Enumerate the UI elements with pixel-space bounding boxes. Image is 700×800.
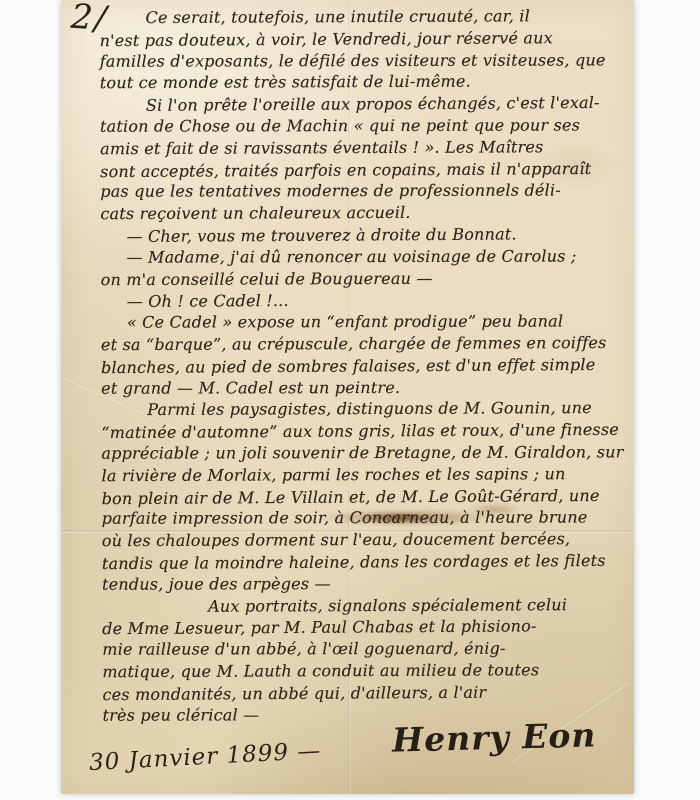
letter-line: n'est pas douteux, à voir, le Vendredi, … bbox=[100, 27, 624, 52]
letter-line: Aux portraits, signalons spécialement ce… bbox=[102, 593, 626, 617]
letter-line: amis et fait de si ravissants éventails … bbox=[100, 136, 624, 160]
letter-line: — Madame, j'ai dû renoncer au voisinage … bbox=[100, 245, 624, 268]
letter-line: matique, que M. Lauth a conduit au milie… bbox=[102, 659, 626, 683]
letter-line: la rivière de Morlaix, parmi les roches … bbox=[101, 463, 625, 487]
letter-line: de Mme Lesueur, par M. Paul Chabas et la… bbox=[102, 615, 626, 640]
letter-line: et grand — M. Cadel est un peintre. bbox=[101, 376, 625, 399]
letter-line: tandis que la moindre haleine, dans les … bbox=[102, 550, 626, 575]
letter-line: et sa “barque”, au crépuscule, chargée d… bbox=[101, 332, 625, 356]
letter-line: où les chaloupes dorment sur l'eau, douc… bbox=[102, 528, 626, 552]
scanned-letter: 2/ Ce serait, toutefois, une inutile cru… bbox=[0, 0, 700, 800]
letter-line: mie railleuse d'un abbé, à l'œil goguena… bbox=[102, 637, 626, 660]
letter-line: appréciable ; un joli souvenir de Bretag… bbox=[101, 441, 625, 464]
letter-line: Parmi les paysagistes, distinguons de M.… bbox=[101, 397, 625, 421]
letter-line: cats reçoivent un chaleureux accueil. bbox=[100, 201, 624, 225]
letter-line: — Cher, vous me trouverez à droite du Bo… bbox=[100, 223, 624, 248]
letter-line: « Ce Cadel » expose un “enfant prodigue”… bbox=[101, 310, 625, 333]
letter-page: 2/ Ce serait, toutefois, une inutile cru… bbox=[61, 0, 634, 794]
letter-line: tout ce monde est très satisfait de lui-… bbox=[100, 70, 624, 94]
date-line: 30 Janvier 1899 — bbox=[88, 738, 321, 776]
letter-line: pas que les tentatives modernes de profe… bbox=[100, 180, 624, 203]
letter-line: on m'a conseillé celui de Bouguereau — bbox=[101, 266, 625, 290]
letter-line: ces mondanités, un abbé qui, d'ailleurs,… bbox=[102, 680, 626, 705]
letter-line: tation de Chose ou de Machin « qui ne pe… bbox=[100, 114, 624, 137]
letter-line: “matinée d'automne” aux tons gris, lilas… bbox=[101, 419, 625, 444]
letter-body: Ce serait, toutefois, une inutile cruaut… bbox=[99, 5, 626, 727]
letter-line: blanches, au pied de sombres falaises, e… bbox=[101, 353, 625, 378]
signature: Henry Eon bbox=[391, 715, 596, 759]
letter-line: Ce serait, toutefois, une inutile cruaut… bbox=[99, 5, 623, 29]
letter-line: Si l'on prête l'oreille aux propos échan… bbox=[100, 92, 624, 117]
letter-line: tendus, joue des arpèges — bbox=[102, 572, 626, 595]
letter-line: — Oh ! ce Cadel !... bbox=[101, 288, 625, 313]
letter-line: familles d'exposants, le défilé des visi… bbox=[100, 49, 624, 72]
letter-line: parfaite impression de soir, à Concarnea… bbox=[102, 507, 626, 530]
